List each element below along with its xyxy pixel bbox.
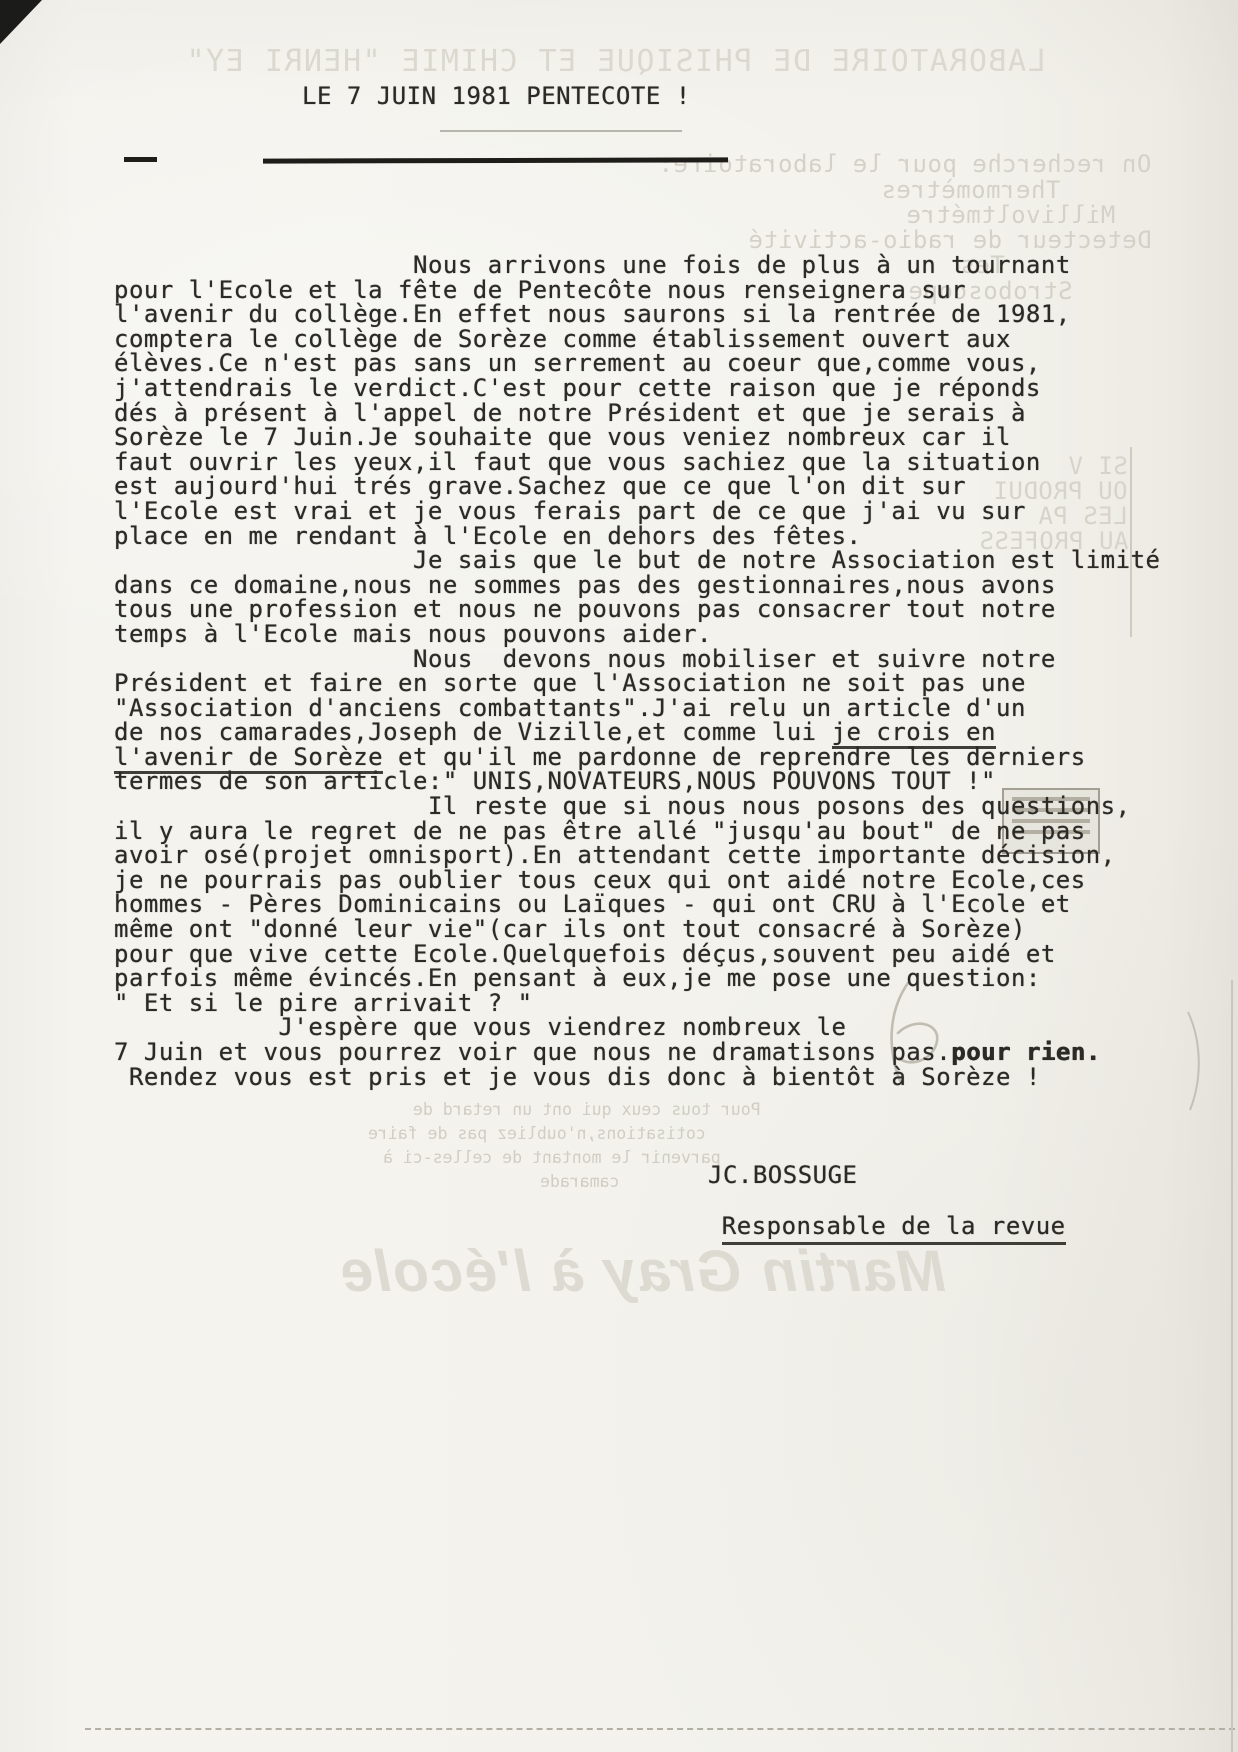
body-line: Il reste que si nous nous posons des que… <box>114 794 1160 819</box>
body-line: comptera le collège de Sorèze comme étab… <box>114 327 1160 352</box>
body-segment: Rendez vous est pris et je vous dis donc… <box>129 1063 1041 1091</box>
page-corner-fold <box>0 0 42 44</box>
body-line: de nos camarades,Joseph de Vizille,et co… <box>114 720 1160 745</box>
body-line: faut ouvrir les yeux,il faut que vous sa… <box>114 450 1160 475</box>
body-line: même ont "donné leur vie"(car ils ont to… <box>114 917 1160 942</box>
body-line: Nous arrivons une fois de plus à un tour… <box>114 253 1160 278</box>
body-line: je ne pourrais pas oublier tous ceux qui… <box>114 868 1160 893</box>
bleedthrough-line: Thermomètres <box>881 176 1060 204</box>
body-line: j'attendrais le verdict.C'est pour cette… <box>114 376 1160 401</box>
right-page-edge <box>1231 980 1233 1752</box>
page-edge-curve <box>1186 1012 1206 1112</box>
bleedthrough-line: cotisations,n'oubliez pas de faire <box>368 1124 706 1143</box>
body-line: l'avenir du collège.En effet nous sauron… <box>114 302 1160 327</box>
body-line: "Association d'anciens combattants".J'ai… <box>114 696 1160 721</box>
title-underline <box>263 157 728 163</box>
body-line: place en me rendant à l'Ecole en dehors … <box>114 524 1160 549</box>
bleedthrough-line: Detecteur de radio-activité <box>748 226 1152 254</box>
margin-dash <box>124 157 157 162</box>
bleedthrough-line: Millivoltmétre <box>906 201 1115 229</box>
body-line: " Et si le pire arrivait ? " <box>114 991 1160 1016</box>
body-line: l'avenir de Sorèze et qu'il me pardonne … <box>114 745 1160 770</box>
bleedthrough-line: camarade <box>540 1172 619 1191</box>
title-faint-line <box>440 130 682 132</box>
body-line: l'Ecole est vrai et je vous ferais part … <box>114 499 1160 524</box>
body-line: Sorèze le 7 Juin.Je souhaite que vous ve… <box>114 425 1160 450</box>
bleedthrough-lab-title: LABORATOIRE DE PHISIQUE ET CHIMIE "HENRI… <box>185 44 1046 79</box>
letter-title: LE 7 JUIN 1981 PENTECOTE ! <box>302 84 691 109</box>
body-line: pour l'Ecole et la fête de Pentecôte nou… <box>114 278 1160 303</box>
scanned-letter-page: LABORATOIRE DE PHISIQUE ET CHIMIE "HENRI… <box>0 0 1238 1752</box>
bleedthrough-line: parvenir le montant de celles-ci à <box>383 1148 721 1167</box>
body-line: temps à l'Ecole mais nous pouvons aider. <box>114 622 1160 647</box>
signature-role-text: Responsable de la revue <box>722 1212 1066 1245</box>
body-line: J'espère que vous viendrez nombreux le <box>114 1015 1160 1040</box>
body-line: Président et faire en sorte que l'Associ… <box>114 671 1160 696</box>
body-line: dés à présent à l'appel de notre Préside… <box>114 401 1160 426</box>
body-line: hommes - Pères Dominicains ou Laïques - … <box>114 892 1160 917</box>
body-line: termes de son article:" UNIS,NOVATEURS,N… <box>114 769 1160 794</box>
bleedthrough-line: Pour tous ceux qui ont un retard de <box>413 1100 761 1119</box>
body-line: pour que vive cette Ecole.Quelquefois dé… <box>114 942 1160 967</box>
body-line: Rendez vous est pris et je vous dis donc… <box>114 1065 1160 1090</box>
body-line: est aujourd'hui trés grave.Sachez que ce… <box>114 474 1160 499</box>
bleedthrough-line: On recherche pour le laboratoire: <box>658 150 1151 178</box>
body-line: 7 Juin et vous pourrez voir que nous ne … <box>114 1040 1160 1065</box>
signature-name: JC.BOSSUGE <box>708 1163 858 1188</box>
body-line: dans ce domaine,nous ne sommes pas des g… <box>114 573 1160 598</box>
body-line: Je sais que le but de notre Association … <box>114 548 1160 573</box>
body-line: parfois même évincés.En pensant à eux,je… <box>114 966 1160 991</box>
body-line: Nous devons nous mobiliser et suivre not… <box>114 647 1160 672</box>
signature-role: Responsable de la revue <box>662 1189 1066 1263</box>
body-line: élèves.Ce n'est pas sans un serrement au… <box>114 351 1160 376</box>
body-line: avoir osé(projet omnisport).En attendant… <box>114 843 1160 868</box>
bottom-fold-line <box>85 1728 1235 1730</box>
letter-body: Nous arrivons une fois de plus à un tour… <box>114 253 1160 1089</box>
body-line: tous une profession et nous ne pouvons p… <box>114 597 1160 622</box>
body-line: il y aura le regret de ne pas être allé … <box>114 819 1160 844</box>
